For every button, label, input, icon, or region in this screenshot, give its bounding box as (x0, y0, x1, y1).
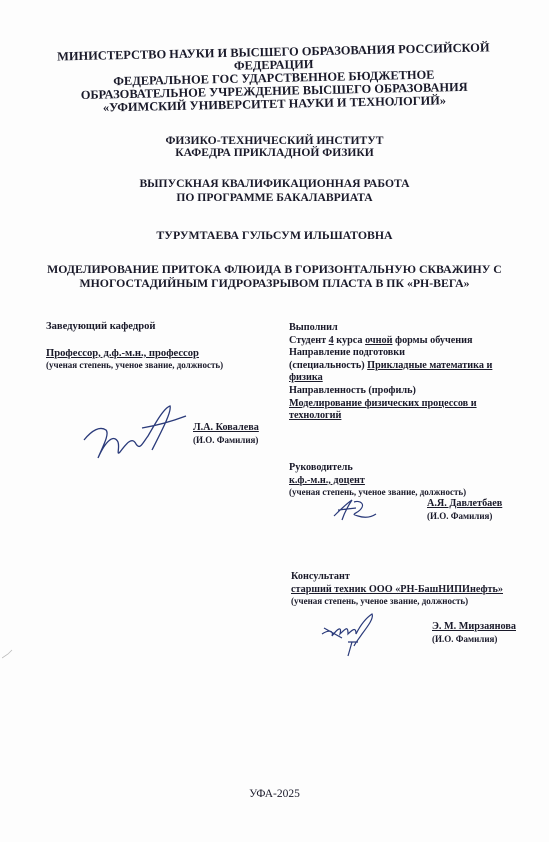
consultant-name-block: Э. М. Мирзаянова (И.О. Фамилия) (432, 621, 516, 645)
work-type-line: ПО ПРОГРАММЕ БАКАЛАВРИАТА (0, 191, 549, 205)
specialty-value-cont: физика (289, 372, 492, 385)
head-title: Заведующий кафедрой (46, 321, 223, 334)
department-name: КАФЕДРА ПРИКЛАДНОЙ ФИЗИКИ (0, 147, 549, 159)
institute-block: ФИЗИКО-ТЕХНИЧЕСКИЙ ИНСТИТУТ КАФЕДРА ПРИК… (0, 135, 549, 159)
consultant-position: старший техник ООО «РН-БашНИПИнефть» (291, 584, 503, 597)
profile-value-cont: технологий (289, 410, 492, 423)
direction-label: Направление подготовки (289, 347, 492, 360)
consultant-title: Консультант (291, 571, 503, 584)
signature-supervisor (330, 496, 380, 524)
head-name-hint: (И.О. Фамилия) (193, 435, 259, 446)
student-line: Студент 4 курса очной формы обучения (289, 335, 492, 348)
supervisor-name-hint: (И.О. Фамилия) (427, 511, 502, 522)
work-type-line: ВЫПУСКНАЯ КВАЛИФИКАЦИОННАЯ РАБОТА (0, 177, 549, 191)
study-form: очной (365, 335, 392, 346)
profile-value: Моделирование физических процессов и (289, 398, 492, 411)
profile-label: Направленность (профиль) (289, 385, 492, 398)
head-name-block: Л.А. Ковалева (И.О. Фамилия) (193, 422, 259, 446)
topic-line: МОДЕЛИРОВАНИЕ ПРИТОКА ФЛЮИДА В ГОРИЗОНТА… (0, 262, 549, 276)
supervisor-name-block: А.Я. Давлетбаев (И.О. Фамилия) (427, 498, 502, 522)
supervisor-block: Руководитель к.ф.-м.н., доцент (ученая с… (289, 462, 466, 498)
consultant-block: Консультант старший техник ООО «РН-БашНИ… (291, 571, 503, 607)
document-page: МИНИСТЕРСТВО НАУКИ И ВЫСШЕГО ОБРАЗОВАНИЯ… (0, 0, 549, 842)
consultant-position-hint: (ученая степень, ученое звание, должност… (291, 596, 503, 607)
head-position: Профессор, д.ф.-м.н., профессор (46, 348, 223, 361)
signature-head (80, 400, 190, 472)
ministry-header: МИНИСТЕРСТВО НАУКИ И ВЫСШЕГО ОБРАЗОВАНИЯ… (0, 40, 549, 116)
specialty-value: Прикладные математика и (367, 360, 492, 371)
consultant-name-hint: (И.О. Фамилия) (432, 634, 516, 645)
supervisor-title: Руководитель (289, 462, 466, 475)
scan-artifact (2, 648, 14, 660)
work-type: ВЫПУСКНАЯ КВАЛИФИКАЦИОННАЯ РАБОТА ПО ПРО… (0, 177, 549, 205)
signature-consultant (318, 612, 378, 662)
consultant-name: Э. М. Мирзаянова (432, 621, 516, 634)
thesis-topic: МОДЕЛИРОВАНИЕ ПРИТОКА ФЛЮИДА В ГОРИЗОНТА… (0, 262, 549, 290)
head-of-department-block: Заведующий кафедрой Профессор, д.ф.-м.н.… (46, 321, 223, 371)
specialty-label: (специальность) (289, 360, 367, 371)
author-name: ТУРУМТАЕВА ГУЛЬСУМ ИЛЬШАТОВНА (0, 229, 549, 242)
course-label: курса (334, 335, 365, 346)
topic-line: МНОГОСТАДИЙНЫМ ГИДРОРАЗРЫВОМ ПЛАСТА В ПК… (0, 276, 549, 290)
study-form-suffix: формы обучения (392, 335, 472, 346)
specialty-line: (специальность) Прикладные математика и (289, 360, 492, 373)
head-name: Л.А. Ковалева (193, 422, 259, 435)
supervisor-position: к.ф.-м.н., доцент (289, 475, 466, 488)
supervisor-name: А.Я. Давлетбаев (427, 498, 502, 511)
performer-title: Выполнил (289, 322, 492, 335)
student-prefix: Студент (289, 335, 329, 346)
performer-block: Выполнил Студент 4 курса очной формы обу… (289, 322, 492, 423)
head-position-hint: (ученая степень, ученое звание, должност… (46, 360, 223, 371)
city-year: УФА-2025 (0, 788, 549, 800)
